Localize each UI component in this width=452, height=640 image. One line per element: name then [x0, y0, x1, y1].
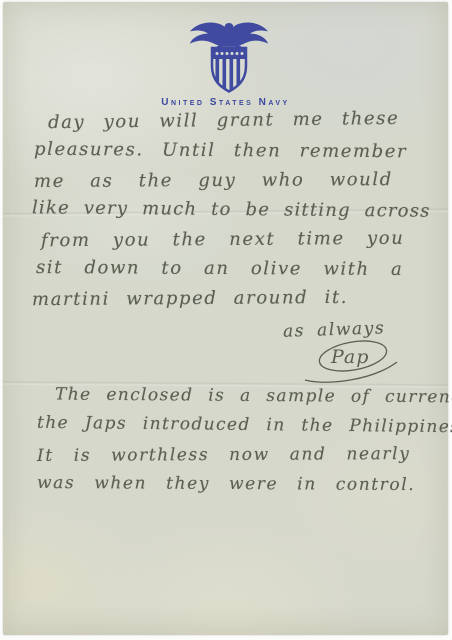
handwriting-line: martini wrapped around it.	[32, 287, 348, 310]
handwriting-line: day you will grant me these	[48, 108, 400, 133]
letterhead-title: United States Navy	[3, 97, 448, 108]
signature: Pap	[331, 346, 369, 368]
handwriting-line: from you the next time you	[41, 228, 405, 252]
ps-line: It is worthless now and nearly	[37, 444, 410, 466]
us-navy-crest-icon	[181, 18, 277, 98]
eagle-icon	[190, 23, 268, 47]
handwriting-line: pleasures. Until then remember	[34, 139, 407, 163]
letter-paper: United States Navy day you will grant me…	[3, 2, 448, 635]
handwriting-line: me as the guy who would	[34, 169, 393, 192]
ps-line: the Japs introduced in the Philippines	[37, 413, 452, 437]
ps-line: was when they were in control.	[37, 473, 415, 495]
signature-block: Pap	[301, 336, 411, 394]
handwriting-line: sit down to an olive with a	[36, 257, 404, 280]
letter-photo: United States Navy day you will grant me…	[0, 0, 452, 640]
handwriting-line: like very much to be sitting across	[32, 197, 431, 221]
ps-line: The enclosed is a sample of currency	[55, 385, 452, 408]
